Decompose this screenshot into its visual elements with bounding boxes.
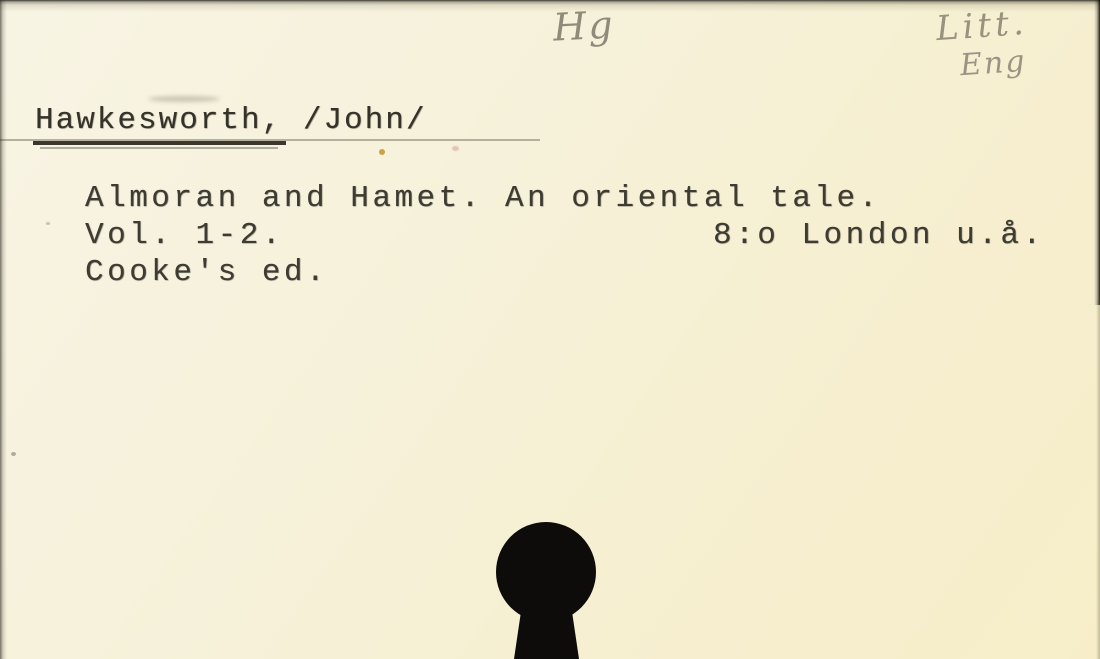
paper-speck-orange [379,149,385,155]
edition-line: Cooke's ed. [85,255,328,290]
pencil-subject-line2: Eng [959,44,1028,84]
paper-speck [11,452,16,456]
scan-edge-left [0,0,7,659]
title-line: Almoran and Hamet. An oriental tale. [85,181,881,216]
volume-line: Vol. 1-2. [85,218,284,253]
scan-edge-top [0,0,1100,12]
heading-underline-echo [40,147,278,149]
scan-edge-right-lower [1096,300,1100,659]
heading-underline [33,141,286,145]
eraser-smudge [148,96,220,102]
paper-speck [46,222,50,225]
catalog-card-scan: Hg Litt. Eng Hawkesworth, /John/ Almoran… [0,0,1100,659]
author-heading: Hawkesworth, /John/ [35,103,426,138]
scan-edge-right [1094,0,1100,305]
format-imprint-line: 8:o London u.å. [713,218,1045,253]
paper-speck-pink [452,146,459,151]
